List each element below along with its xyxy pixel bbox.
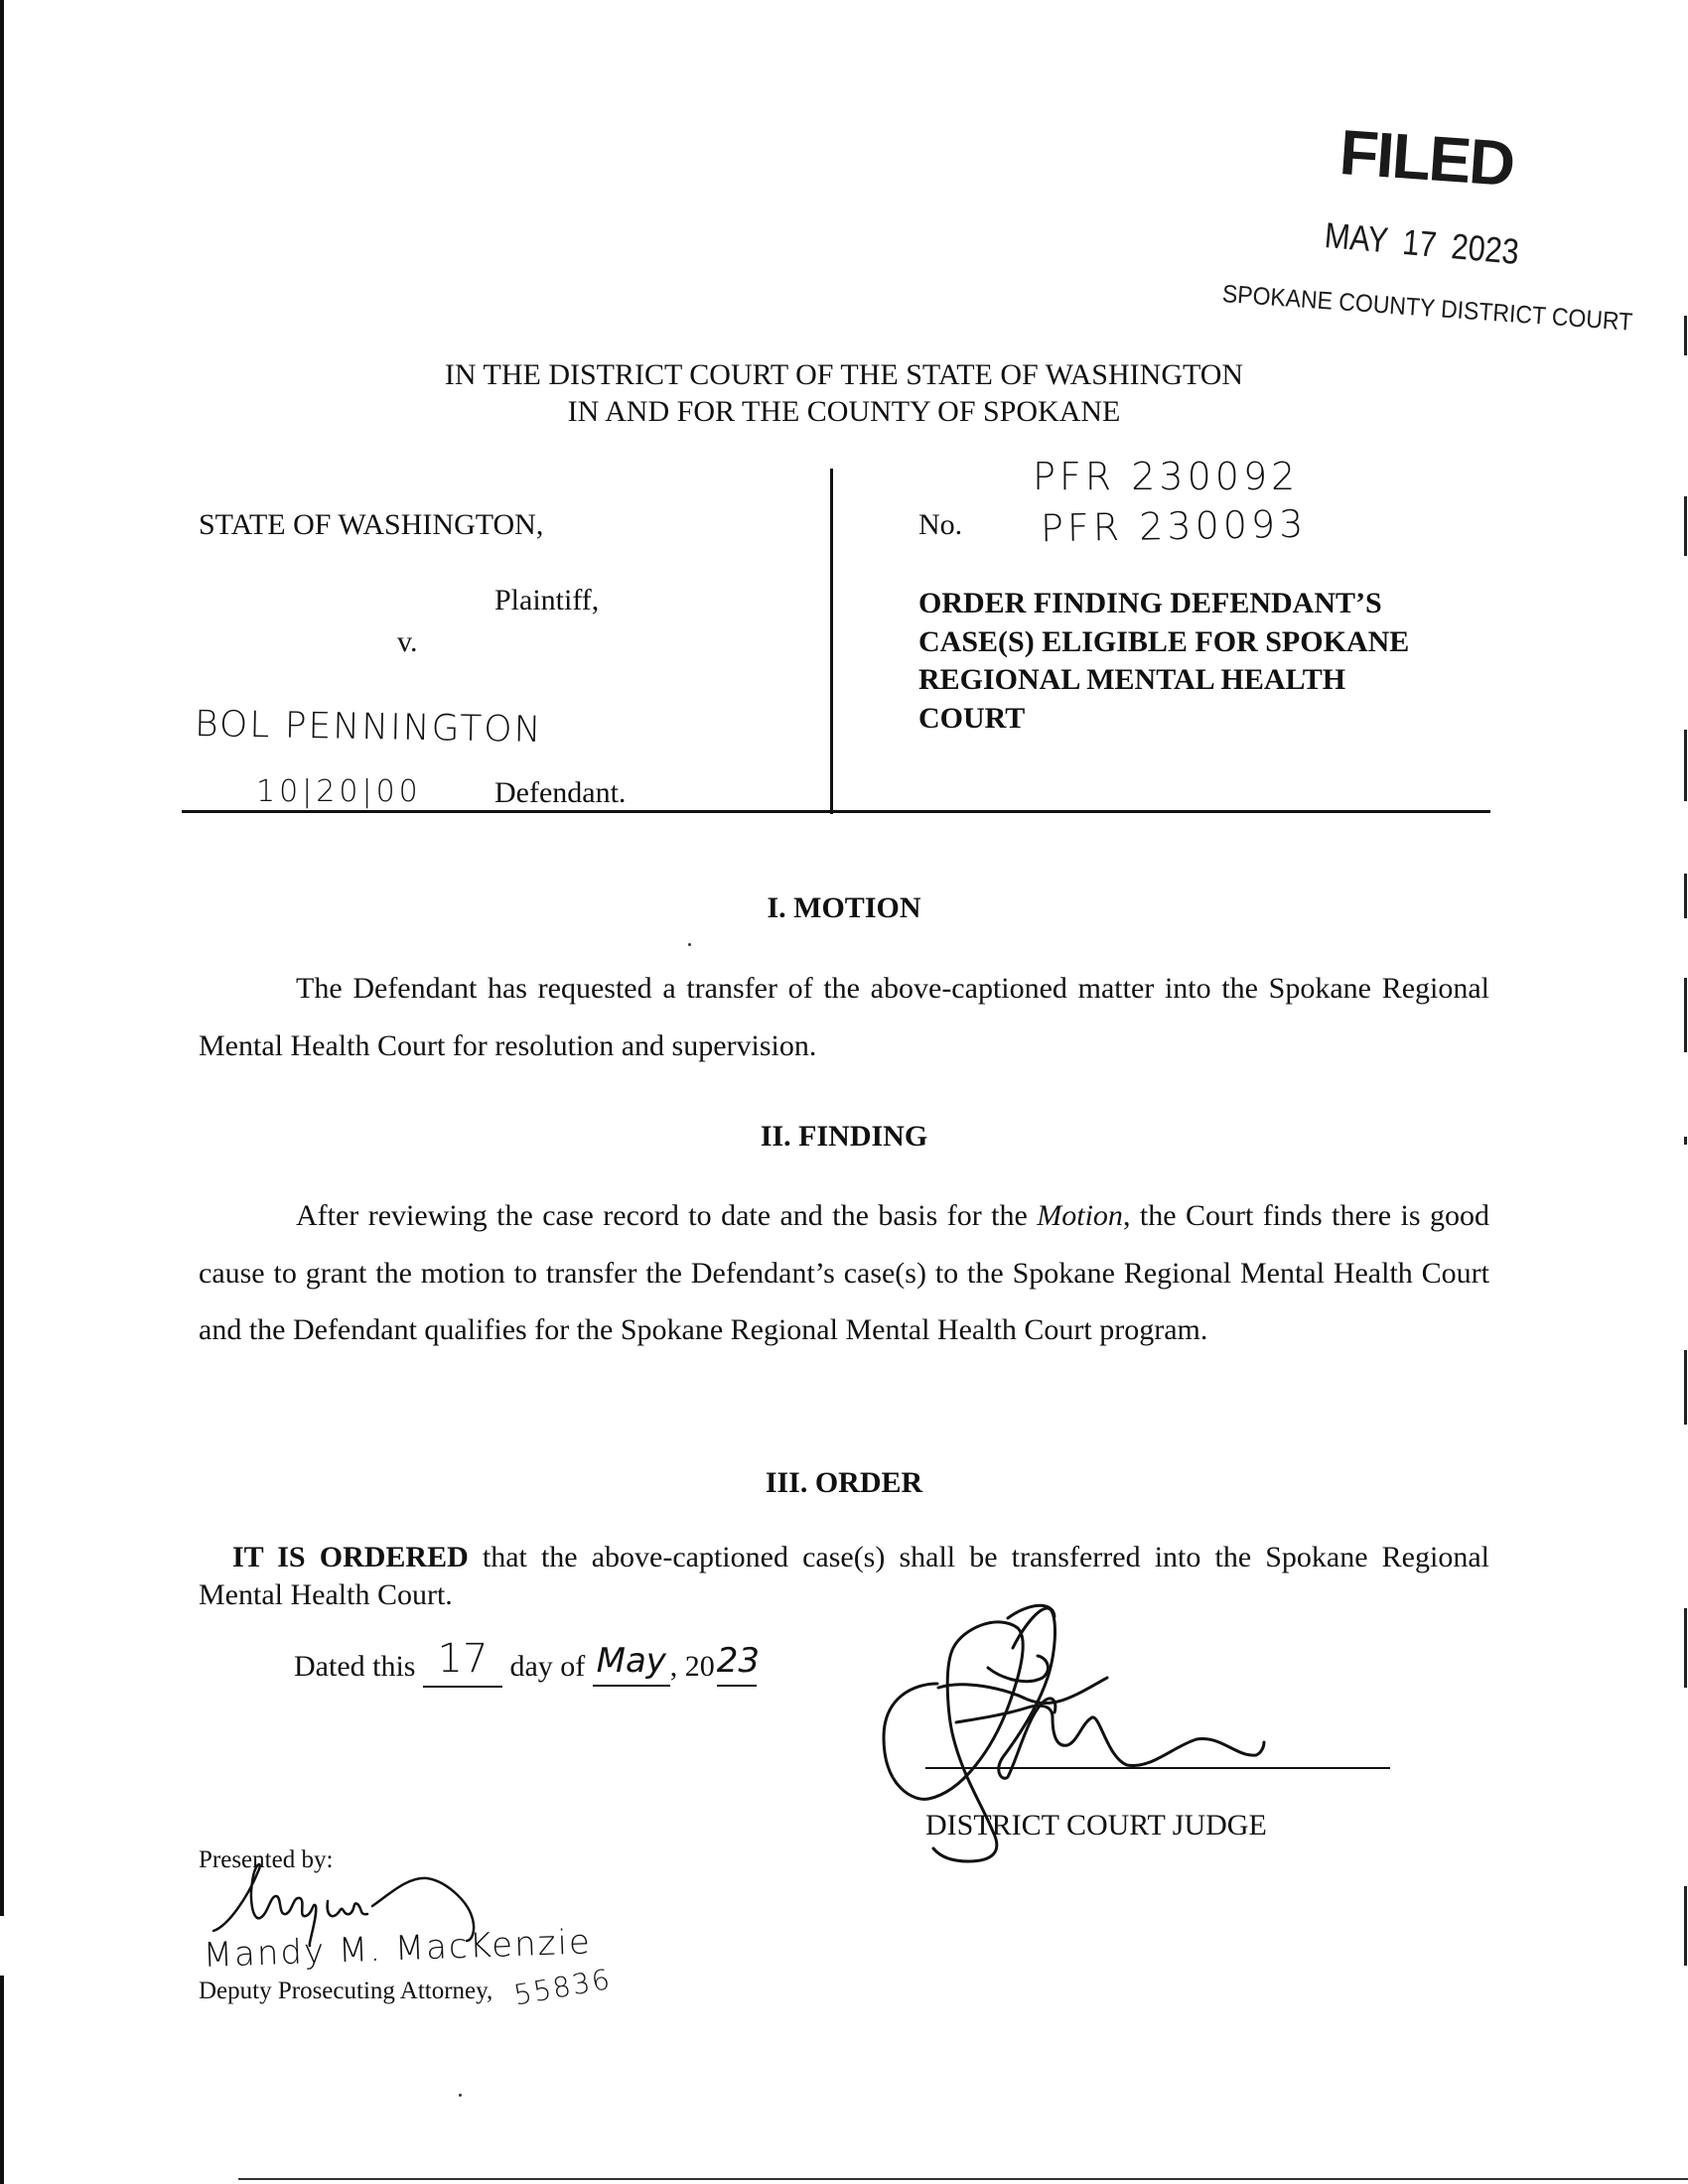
judge-signature-line: [925, 1767, 1390, 1769]
versus-label: v.: [397, 625, 418, 659]
dated-year-field: 23: [717, 1645, 757, 1687]
dated-year-prefix: , 20: [670, 1650, 715, 1683]
plaintiff-name: STATE OF WASHINGTON,: [199, 508, 543, 542]
dated-middle: day of: [509, 1650, 585, 1683]
motion-text: The Defendant has requested a transfer o…: [199, 972, 1489, 1062]
dated-year-handwritten: 23: [717, 1641, 760, 1681]
document-title-line: COURT: [918, 700, 1475, 739]
dated-day-handwritten: 17: [438, 1636, 489, 1682]
finding-text-italic: Motion: [1037, 1199, 1123, 1232]
scan-edge-gap: [0, 1916, 4, 1976]
caption-divider-vertical: [830, 469, 833, 814]
filed-stamp-court: SPOKANE COUNTY DISTRICT COURT: [1221, 280, 1633, 338]
prosecutor-bar-number-handwritten: 55836: [511, 1963, 614, 2012]
scan-edge-mark: [1684, 1608, 1687, 1688]
dated-line: Dated this 17 day of May, 2023: [294, 1640, 757, 1688]
defendant-label: Defendant.: [494, 776, 626, 810]
scan-edge-mark: [1684, 316, 1687, 355]
document-title-line: CASE(S) ELIGIBLE FOR SPOKANE: [918, 623, 1475, 662]
scan-edge-mark: [1684, 1886, 1687, 1966]
finding-paragraph: After reviewing the case record to date …: [199, 1187, 1489, 1359]
section-heading-order: III. ORDER: [0, 1466, 1688, 1500]
plaintiff-label: Plaintiff,: [494, 584, 599, 617]
court-heading-line-1: IN THE DISTRICT COURT OF THE STATE OF WA…: [0, 356, 1688, 393]
filed-stamp-date: MAY 17 2023: [1323, 214, 1520, 273]
document-title-line: ORDER FINDING DEFENDANT’S: [918, 585, 1475, 623]
scan-speck: [688, 943, 691, 946]
case-number-handwritten-1: PFR 230092: [1033, 455, 1299, 498]
scan-edge-mark: [1684, 496, 1687, 556]
caption-divider-horizontal: [182, 810, 1490, 813]
scan-speck: [459, 2094, 462, 2097]
finding-text-1: After reviewing the case record to date …: [296, 1199, 1037, 1232]
scan-edge-mark: [1684, 730, 1687, 801]
scan-edge-left: [0, 0, 4, 2184]
section-heading-motion: I. MOTION: [0, 891, 1688, 925]
filed-stamp-title: FILED: [1337, 115, 1516, 201]
defendant-name-handwritten: BOL PENNINGTON: [195, 704, 543, 751]
scan-edge-bottom: [238, 2178, 1688, 2180]
section-heading-finding: II. FINDING: [0, 1120, 1688, 1154]
document-title: ORDER FINDING DEFENDANT’S CASE(S) ELIGIB…: [918, 585, 1475, 738]
case-number-label: No.: [918, 508, 962, 542]
prosecutor-title: Deputy Prosecuting Attorney,: [199, 1978, 492, 2005]
scan-edge-mark: [1684, 1350, 1687, 1425]
judge-label: DISTRICT COURT JUDGE: [925, 1809, 1267, 1843]
court-heading: IN THE DISTRICT COURT OF THE STATE OF WA…: [0, 356, 1688, 430]
document-title-line: REGIONAL MENTAL HEALTH: [918, 661, 1475, 700]
scan-edge-mark: [1684, 978, 1687, 1052]
dated-day-field: 17: [423, 1640, 502, 1688]
court-heading-line-2: IN AND FOR THE COUNTY OF SPOKANE: [0, 393, 1688, 430]
defendant-dob-handwritten: 10|20|00: [256, 774, 422, 809]
dated-month-field: May: [593, 1645, 670, 1687]
motion-paragraph: The Defendant has requested a transfer o…: [199, 960, 1489, 1074]
dated-prefix: Dated this: [294, 1650, 415, 1683]
dated-month-handwritten: May: [597, 1641, 666, 1681]
order-lead: IT IS ORDERED: [232, 1541, 469, 1573]
case-number-handwritten-2: PFR 230093: [1041, 502, 1308, 551]
